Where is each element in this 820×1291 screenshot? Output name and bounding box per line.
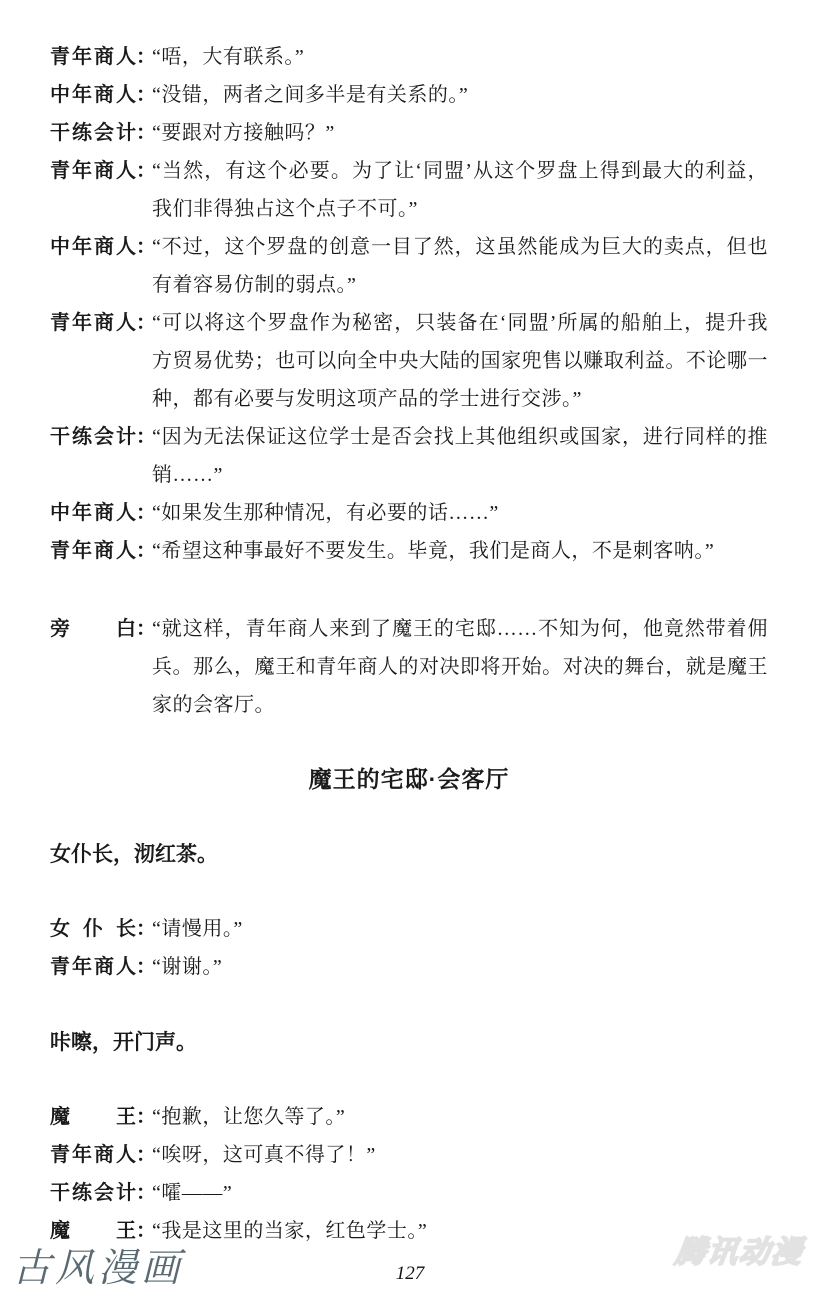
dialogue-line: 青年商人： “唉呀，这可真不得了！” xyxy=(50,1136,768,1174)
dialogue-line: 青年商人： “希望这种事最好不要发生。毕竟，我们是商人，不是刺客呐。” xyxy=(50,532,768,570)
speaker-name: 魔王： xyxy=(50,1212,152,1250)
speaker-name: 魔王： xyxy=(50,1098,152,1136)
dialogue-text: “唔，大有联系。” xyxy=(152,38,768,76)
dialogue-line: 干练会计： “要跟对方接触吗？” xyxy=(50,114,768,152)
dialogue-line: 魔王： “我是这里的当家，红色学士。” xyxy=(50,1212,768,1250)
scene-heading: 魔王的宅邸·会客厅 xyxy=(50,760,768,798)
speaker-name: 中年商人： xyxy=(50,494,152,532)
narration-group: 旁白： “就这样，青年商人来到了魔王的宅邸……不知为何，他竟然带着佣兵。那么，魔… xyxy=(50,610,768,724)
speaker-name: 青年商人： xyxy=(50,38,152,76)
gufeng-manhua-watermark: 古风漫画 xyxy=(12,1247,184,1291)
dialogue-text: “希望这种事最好不要发生。毕竟，我们是商人，不是刺客呐。” xyxy=(152,532,768,570)
speaker-name: 干练会计： xyxy=(50,114,152,152)
dialogue-group-negotiation: 青年商人： “唔，大有联系。” 中年商人： “没错，两者之间多半是有关系的。” … xyxy=(50,38,768,570)
dialogue-text: “当然，有这个必要。为了让‘同盟’从这个罗盘上得到最大的利益，我们非得独占这个点… xyxy=(152,152,768,228)
dialogue-text: “要跟对方接触吗？” xyxy=(152,114,768,152)
dialogue-text: “谢谢。” xyxy=(152,948,768,986)
speaker-name: 干练会计： xyxy=(50,1174,152,1212)
tencent-comics-watermark: 腾讯动漫 xyxy=(673,1227,807,1271)
narration-line: 旁白： “就这样，青年商人来到了魔王的宅邸……不知为何，他竟然带着佣兵。那么，魔… xyxy=(50,610,768,724)
dialogue-line: 魔王： “抱歉，让您久等了。” xyxy=(50,1098,768,1136)
script-page: 青年商人： “唔，大有联系。” 中年商人： “没错，两者之间多半是有关系的。” … xyxy=(0,0,820,1291)
dialogue-line: 青年商人： “谢谢。” xyxy=(50,948,768,986)
dialogue-line: 中年商人： “没错，两者之间多半是有关系的。” xyxy=(50,76,768,114)
speaker-name: 青年商人： xyxy=(50,152,152,190)
dialogue-text: “因为无法保证这位学士是否会找上其他组织或国家，进行同样的推销……” xyxy=(152,418,768,494)
speaker-name: 青年商人： xyxy=(50,948,152,986)
dialogue-text: “嚯——” xyxy=(152,1174,768,1212)
dialogue-text: “抱歉，让您久等了。” xyxy=(152,1098,768,1136)
narration-text: “就这样，青年商人来到了魔王的宅邸……不知为何，他竟然带着佣兵。那么，魔王和青年… xyxy=(152,610,768,724)
speaker-name: 中年商人： xyxy=(50,228,152,266)
speaker-name: 青年商人： xyxy=(50,304,152,342)
stage-direction-door: 咔嚓，开门声。 xyxy=(50,1024,768,1062)
dialogue-line: 青年商人： “当然，有这个必要。为了让‘同盟’从这个罗盘上得到最大的利益，我们非… xyxy=(50,152,768,228)
dialogue-text: “请慢用。” xyxy=(152,910,768,948)
speaker-name: 旁白： xyxy=(50,610,152,648)
dialogue-line: 干练会计： “因为无法保证这位学士是否会找上其他组织或国家，进行同样的推销……” xyxy=(50,418,768,494)
speaker-name: 干练会计： xyxy=(50,418,152,456)
dialogue-text: “不过，这个罗盘的创意一目了然，这虽然能成为巨大的卖点，但也有着容易仿制的弱点。… xyxy=(152,228,768,304)
dialogue-line: 干练会计： “嚯——” xyxy=(50,1174,768,1212)
page-number: 127 xyxy=(396,1263,425,1285)
dialogue-line: 女仆长： “请慢用。” xyxy=(50,910,768,948)
stage-direction-tea: 女仆长，沏红茶。 xyxy=(50,836,768,874)
dialogue-line: 青年商人： “可以将这个罗盘作为秘密，只装备在‘同盟’所属的船舶上，提升我方贸易… xyxy=(50,304,768,418)
dialogue-group-demon-king: 魔王： “抱歉，让您久等了。” 青年商人： “唉呀，这可真不得了！” 干练会计：… xyxy=(50,1098,768,1250)
dialogue-line: 青年商人： “唔，大有联系。” xyxy=(50,38,768,76)
dialogue-line: 中年商人： “如果发生那种情况，有必要的话……” xyxy=(50,494,768,532)
dialogue-text: “没错，两者之间多半是有关系的。” xyxy=(152,76,768,114)
speaker-name: 青年商人： xyxy=(50,1136,152,1174)
dialogue-line: 中年商人： “不过，这个罗盘的创意一目了然，这虽然能成为巨大的卖点，但也有着容易… xyxy=(50,228,768,304)
dialogue-text: “唉呀，这可真不得了！” xyxy=(152,1136,768,1174)
speaker-name: 女仆长： xyxy=(50,910,152,948)
speaker-name: 青年商人： xyxy=(50,532,152,570)
dialogue-text: “如果发生那种情况，有必要的话……” xyxy=(152,494,768,532)
script-content: 青年商人： “唔，大有联系。” 中年商人： “没错，两者之间多半是有关系的。” … xyxy=(0,0,820,1250)
speaker-name: 中年商人： xyxy=(50,76,152,114)
dialogue-group-tea: 女仆长： “请慢用。” 青年商人： “谢谢。” xyxy=(50,910,768,986)
dialogue-text: “可以将这个罗盘作为秘密，只装备在‘同盟’所属的船舶上，提升我方贸易优势；也可以… xyxy=(152,304,768,418)
